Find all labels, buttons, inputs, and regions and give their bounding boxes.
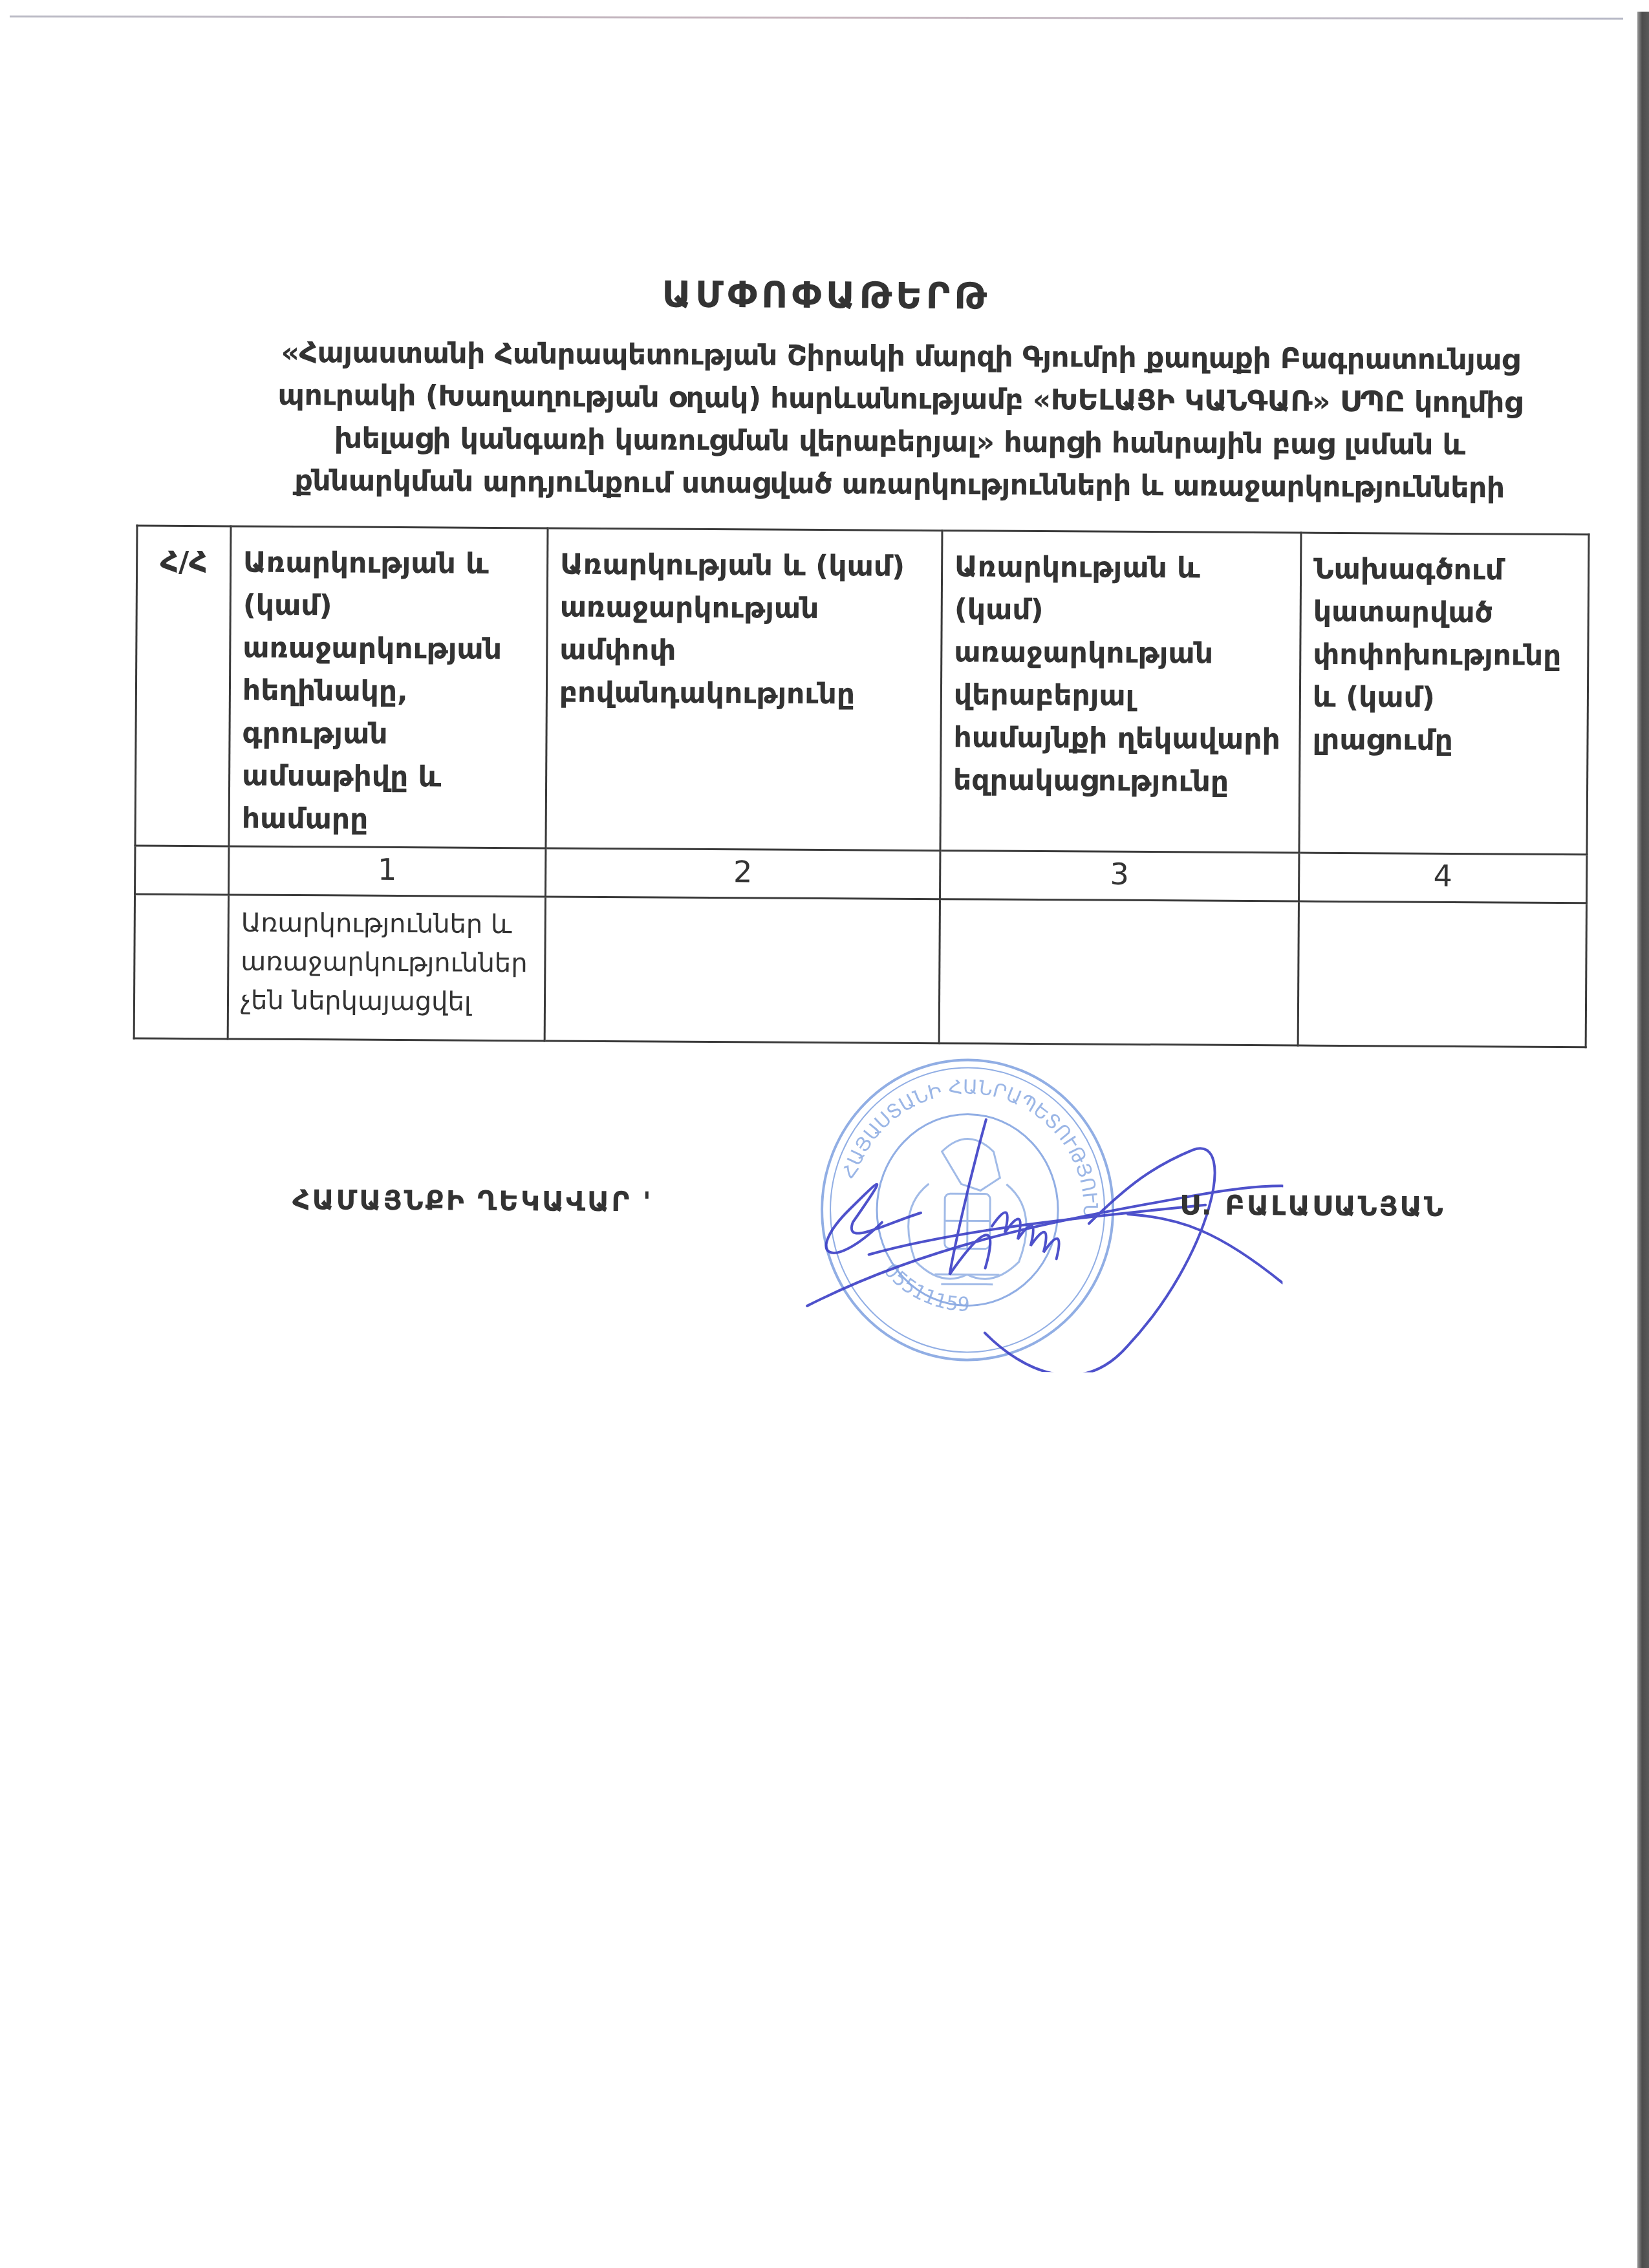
document-page: ԱՄՓՈՓԱԹԵՐԹ «Հայաստանի Հանրապետության Շիր… [0, 0, 1649, 2268]
table-cell [134, 894, 228, 1039]
table-cell: Առարկություններ և առաջարկություններ չեն … [228, 895, 545, 1041]
table-cell [1298, 901, 1586, 1047]
header-changes: Նախագծում կատարված փոփոխությունը և (կամ)… [1299, 533, 1589, 855]
column-number: 2 [546, 848, 940, 899]
table-cell [939, 899, 1299, 1045]
signatory-name: Ս. ԲԱԼԱՍԱՆՅԱՆ [1180, 1189, 1445, 1223]
subtitle-line: խելացի կանգառի կառուցման վերաբերյալ» հար… [272, 417, 1527, 467]
header-author: Առարկության և (կամ) առաջարկության հեղինա… [229, 526, 548, 848]
objections-table: Հ/Հ Առարկության և (կամ) առաջարկության հե… [133, 525, 1590, 1049]
column-number: 1 [229, 846, 546, 897]
document-subtitle: «Հայաստանի Հանրապետության Շիրակի մարզի Գ… [272, 332, 1528, 510]
subtitle-line: պուրակի (Խաղաղության օղակ) հարևանությամբ… [273, 374, 1527, 425]
signature-role-label: ՀԱՄԱՅՆՔԻ ՂԵԿԱՎԱՐ ' [292, 1184, 653, 1217]
header-conclusion: Առարկության և (կամ) առաջարկության վերաբե… [940, 531, 1301, 853]
table-header-row: Հ/Հ Առարկության և (կամ) առաջարկության հե… [135, 526, 1589, 855]
document-title: ԱՄՓՈՓԱԹԵՐԹ [2, 270, 1649, 322]
subtitle-line: «Հայաստանի Հանրապետության Շիրակի մարզի Գ… [273, 332, 1527, 382]
header-number: Հ/Հ [135, 526, 231, 846]
subtitle-line: քննարկման արդյունքում ստացված առարկությո… [272, 460, 1527, 510]
column-number: 3 [940, 851, 1299, 901]
table-row: Առարկություններ և առաջարկություններ չեն … [134, 894, 1586, 1047]
column-number [135, 846, 229, 895]
table-cell [544, 897, 940, 1043]
column-number: 4 [1299, 853, 1586, 903]
column-number-row: 1 2 3 4 [135, 846, 1587, 903]
header-summary: Առարկության և (կամ) առաջարկության ամփոփ … [546, 528, 942, 851]
